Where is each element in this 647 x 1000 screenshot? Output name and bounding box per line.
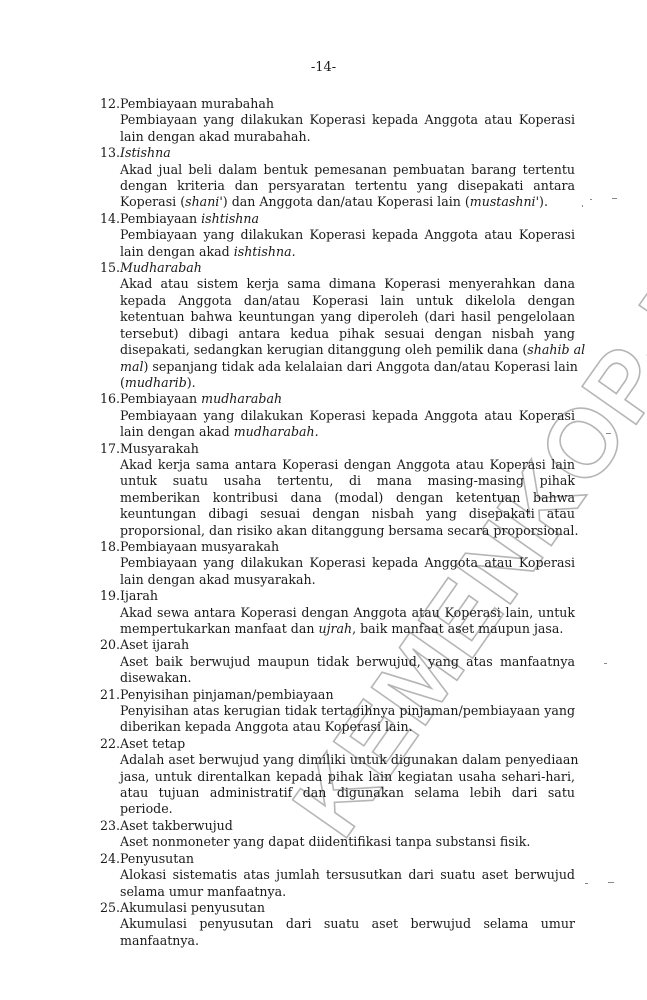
definition-term: Mudharabah xyxy=(120,260,575,276)
definition-item: 13.IstishnaAkad jual beli dalam bentuk p… xyxy=(100,145,575,211)
item-number: 25. xyxy=(100,900,120,916)
definition-heading: 23.Aset takberwujud xyxy=(100,818,575,834)
item-number: 23. xyxy=(100,818,120,834)
definition-text: Aset baik berwujud maupun tidak berwujud… xyxy=(120,654,575,687)
definition-heading: 16.Pembiayaan mudharabah xyxy=(100,391,575,407)
definition-term: Aset ijarah xyxy=(120,637,575,653)
definition-text: Aset nonmoneter yang dapat diidentifikas… xyxy=(120,834,575,850)
definition-heading: 18.Pembiayaan musyarakah xyxy=(100,539,575,555)
definition-heading: 12.Pembiayaan murabahah xyxy=(100,96,575,112)
definition-text: Akad kerja sama antara Koperasi dengan A… xyxy=(120,457,575,539)
scan-speck xyxy=(612,198,617,199)
definition-term: Musyarakah xyxy=(120,441,575,457)
item-number: 14. xyxy=(100,211,120,227)
item-number: 19. xyxy=(100,588,120,604)
definition-term: Istishna xyxy=(120,145,575,161)
definition-text: Penyisihan atas kerugian tidak tertagihn… xyxy=(120,703,575,736)
item-number: 22. xyxy=(100,736,120,752)
definition-heading: 19.Ijarah xyxy=(100,588,575,604)
definition-text: Pembiayaan yang dilakukan Koperasi kepad… xyxy=(120,112,575,145)
definition-item: 23.Aset takberwujudAset nonmoneter yang … xyxy=(100,818,575,851)
item-number: 13. xyxy=(100,145,120,161)
definition-heading: 13.Istishna xyxy=(100,145,575,161)
definition-term: Pembiayaan murabahah xyxy=(120,96,575,112)
definition-heading: 24.Penyusutan xyxy=(100,851,575,867)
definition-item: 21.Penyisihan pinjaman/pembiayaanPenyisi… xyxy=(100,687,575,736)
scan-speck xyxy=(582,205,583,207)
definition-term: Penyisihan pinjaman/pembiayaan xyxy=(120,687,575,703)
definitions-list: 12.Pembiayaan murabahahPembiayaan yang d… xyxy=(100,96,575,949)
scan-speck xyxy=(604,663,607,664)
item-number: 16. xyxy=(100,391,120,407)
definition-text: Adalah aset berwujud yang dimiliki untuk… xyxy=(120,752,575,818)
definition-text: Akumulasi penyusutan dari suatu aset ber… xyxy=(120,916,575,949)
definition-term: Aset takberwujud xyxy=(120,818,575,834)
definition-term: Aset tetap xyxy=(120,736,575,752)
definition-item: 14.Pembiayaan ishtishnaPembiayaan yang d… xyxy=(100,211,575,260)
definition-term: Pembiayaan musyarakah xyxy=(120,539,575,555)
definition-item: 24.PenyusutanAlokasi sistematis atas jum… xyxy=(100,851,575,900)
item-number: 12. xyxy=(100,96,120,112)
definition-item: 18.Pembiayaan musyarakahPembiayaan yang … xyxy=(100,539,575,588)
definition-text: Akad sewa antara Koperasi dengan Anggota… xyxy=(120,605,575,638)
item-number: 18. xyxy=(100,539,120,555)
definition-item: 12.Pembiayaan murabahahPembiayaan yang d… xyxy=(100,96,575,145)
definition-item: 25.Akumulasi penyusutanAkumulasi penyusu… xyxy=(100,900,575,949)
definition-item: 15.MudharabahAkad atau sistem kerja sama… xyxy=(100,260,575,391)
definition-term: Ijarah xyxy=(120,588,575,604)
definition-item: 16.Pembiayaan mudharabahPembiayaan yang … xyxy=(100,391,575,440)
definition-term: Akumulasi penyusutan xyxy=(120,900,575,916)
item-number: 21. xyxy=(100,687,120,703)
definition-heading: 22.Aset tetap xyxy=(100,736,575,752)
page-number: -14- xyxy=(0,60,647,75)
definition-heading: 15.Mudharabah xyxy=(100,260,575,276)
definition-heading: 14.Pembiayaan ishtishna xyxy=(100,211,575,227)
scan-speck xyxy=(585,883,588,884)
definition-term: Penyusutan xyxy=(120,851,575,867)
definition-text: Pembiayaan yang dilakukan Koperasi kepad… xyxy=(120,227,575,260)
definition-item: 20.Aset ijarahAset baik berwujud maupun … xyxy=(100,637,575,686)
item-number: 17. xyxy=(100,441,120,457)
definition-heading: 21.Penyisihan pinjaman/pembiayaan xyxy=(100,687,575,703)
definition-heading: 20.Aset ijarah xyxy=(100,637,575,653)
definition-term: Pembiayaan mudharabah xyxy=(120,391,575,407)
definition-heading: 25.Akumulasi penyusutan xyxy=(100,900,575,916)
item-number: 20. xyxy=(100,637,120,653)
definition-text: Pembiayaan yang dilakukan Koperasi kepad… xyxy=(120,555,575,588)
scan-speck xyxy=(590,199,592,200)
definition-heading: 17.Musyarakah xyxy=(100,441,575,457)
definition-text: Akad atau sistem kerja sama dimana Koper… xyxy=(120,276,575,391)
definition-term: Pembiayaan ishtishna xyxy=(120,211,575,227)
item-number: 15. xyxy=(100,260,120,276)
definition-item: 17.MusyarakahAkad kerja sama antara Kope… xyxy=(100,441,575,539)
definition-text: Pembiayaan yang dilakukan Koperasi kepad… xyxy=(120,408,575,441)
definition-text: Alokasi sistematis atas jumlah tersusutk… xyxy=(120,867,575,900)
item-number: 24. xyxy=(100,851,120,867)
definition-text: Akad jual beli dalam bentuk pemesanan pe… xyxy=(120,162,575,211)
definition-item: 22.Aset tetapAdalah aset berwujud yang d… xyxy=(100,736,575,818)
scan-speck xyxy=(608,882,614,883)
scan-speck xyxy=(606,433,611,434)
definition-item: 19.IjarahAkad sewa antara Koperasi denga… xyxy=(100,588,575,637)
